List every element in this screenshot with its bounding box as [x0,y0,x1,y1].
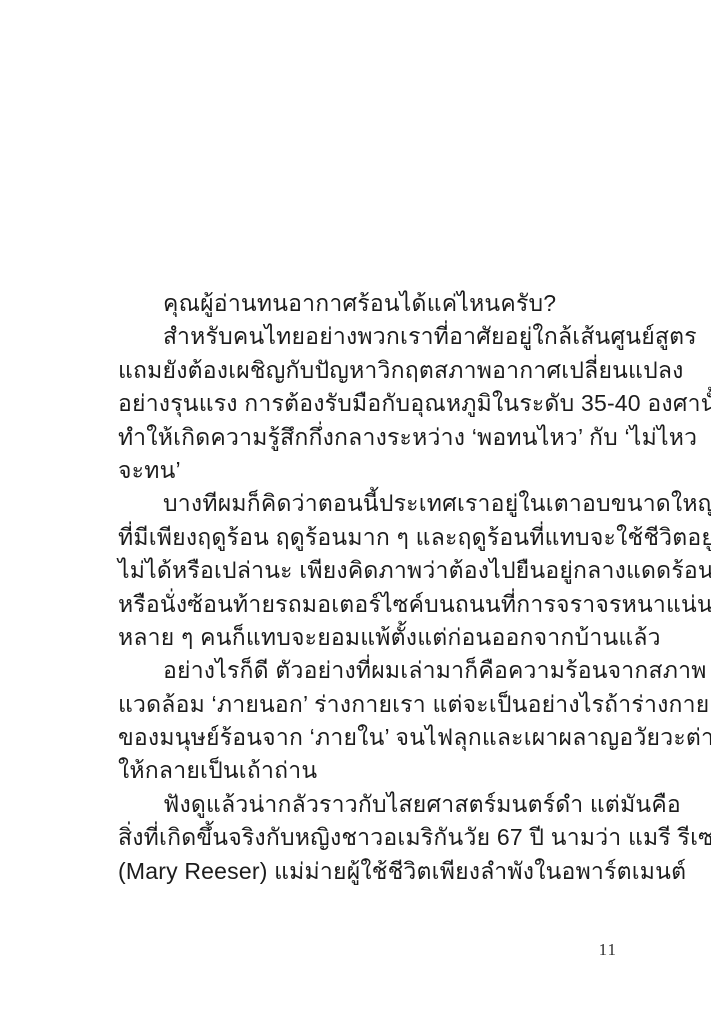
text-line: ไม่ได้หรือเปล่านะ เพียงคิดภาพว่าต้องไปยื… [118,554,624,587]
text-line: (Mary Reeser) แม่ม่ายผู้ใช้ชีวิตเพียงลำพ… [118,855,624,888]
paragraph: คุณผู้อ่านทนอากาศร้อนได้แค่ไหนครับ? [118,287,624,320]
body-text: คุณผู้อ่านทนอากาศร้อนได้แค่ไหนครับ? สำหร… [118,287,624,888]
text-line: หรือนั่งซ้อนท้ายรถมอเตอร์ไซค์บนถนนที่การ… [118,588,624,621]
text-line: แวดล้อม ‘ภายนอก’ ร่างกายเรา แต่จะเป็นอย่… [118,688,624,721]
text-line: แถมยังต้องเผชิญกับปัญหาวิกฤตสภาพอากาศเปล… [118,354,624,387]
text-line: ให้กลายเป็นเถ้าถ่าน [118,754,624,787]
text-line: สำหรับคนไทยอย่างพวกเราที่อาศัยอยู่ใกล้เส… [118,320,624,353]
text-line: ฟังดูแล้วน่ากลัวราวกับไสยศาสตร์มนตร์ดำ แ… [118,788,624,821]
text-line: ของมนุษย์ร้อนจาก ‘ภายใน’ จนไฟลุกและเผาผล… [118,721,624,754]
paragraph: อย่างไรก็ดี ตัวอย่างที่ผมเล่ามาก็คือความ… [118,654,624,788]
book-page: คุณผู้อ่านทนอากาศร้อนได้แค่ไหนครับ? สำหร… [0,0,711,1024]
paragraph: สำหรับคนไทยอย่างพวกเราที่อาศัยอยู่ใกล้เส… [118,320,624,487]
page-number: 11 [599,940,617,960]
paragraph: ฟังดูแล้วน่ากลัวราวกับไสยศาสตร์มนตร์ดำ แ… [118,788,624,888]
text-line: สิ่งที่เกิดขึ้นจริงกับหญิงชาวอเมริกันวัย… [118,821,624,854]
text-line: จะทน’ [118,454,624,487]
paragraph: บางทีผมก็คิดว่าตอนนี้ประเทศเราอยู่ในเตาอ… [118,487,624,654]
text-line: อย่างรุนแรง การต้องรับมือกับอุณหภูมิในระ… [118,387,624,420]
text-line: บางทีผมก็คิดว่าตอนนี้ประเทศเราอยู่ในเตาอ… [118,487,624,520]
text-line: หลาย ๆ คนก็แทบจะยอมแพ้ตั้งแต่ก่อนออกจากบ… [118,621,624,654]
text-line: อย่างไรก็ดี ตัวอย่างที่ผมเล่ามาก็คือความ… [118,654,624,687]
text-line: ทำให้เกิดความรู้สึกกึ่งกลางระหว่าง ‘พอทน… [118,421,624,454]
text-line: ที่มีเพียงฤดูร้อน ฤดูร้อนมาก ๆ และฤดูร้อ… [118,521,624,554]
text-line: คุณผู้อ่านทนอากาศร้อนได้แค่ไหนครับ? [118,287,624,320]
